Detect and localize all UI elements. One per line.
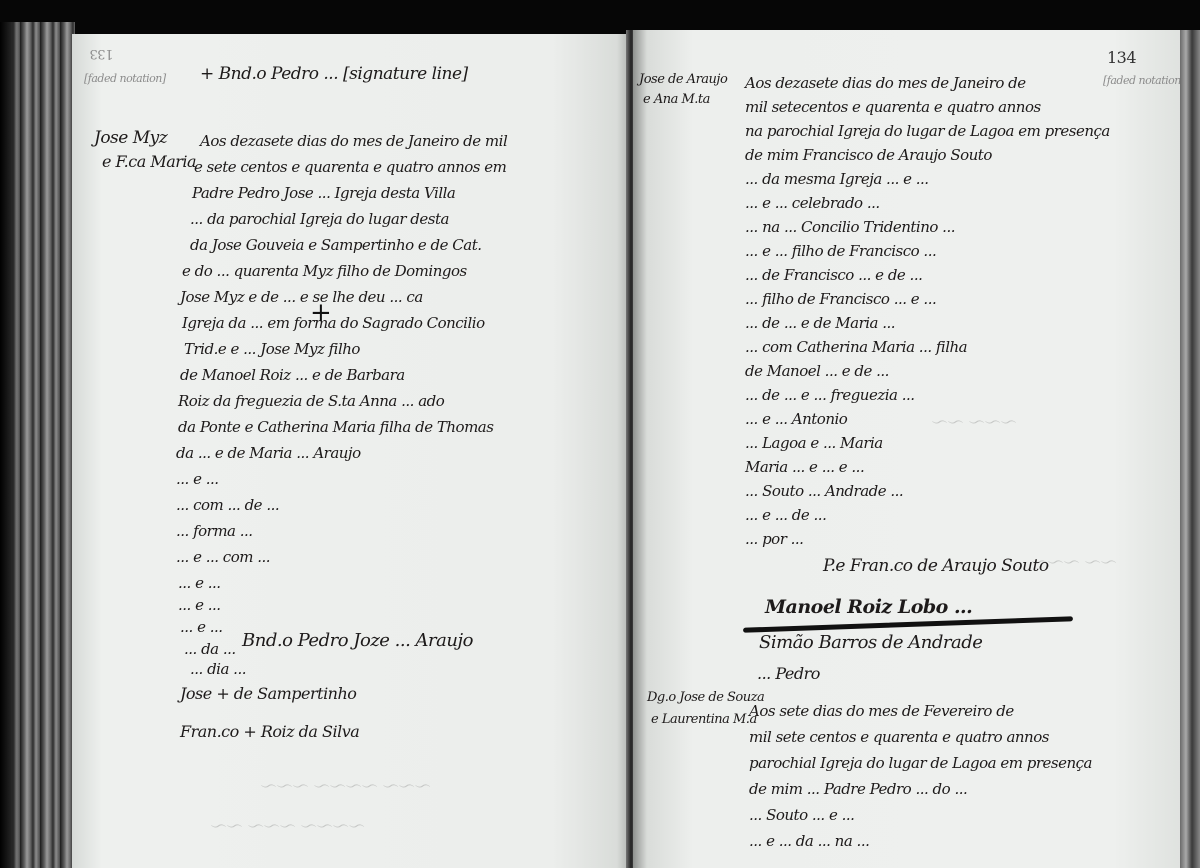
text-line: ... da ... (184, 640, 236, 658)
text-line: Aos sete dias do mes de Fevereiro de (749, 702, 1014, 720)
text-line: Trid.e e ... Jose Myz filho (184, 340, 360, 358)
text-line: Igreja da ... em forma do Sagrado Concil… (182, 314, 485, 332)
margin-note-line: Dg.o Jose de Souza (647, 690, 764, 705)
margin-note-line: e Laurentina M.a (651, 712, 757, 727)
signature-underline (743, 616, 1073, 633)
text-line: ... forma ... (176, 522, 253, 540)
book-right-edge (1180, 30, 1200, 868)
text-line: ... Souto ... Andrade ... (745, 482, 903, 500)
margin-note-line: e Ana M.ta (643, 92, 710, 107)
text-line: ... da mesma Igreja ... e ... (745, 170, 929, 188)
folio-number-left: 133 (90, 46, 113, 61)
text-line: ... com Catherina Maria ... filha (745, 338, 967, 356)
folio-annotation-left: [faded notation] (84, 72, 166, 85)
signature: Simão Barros de Andrade (759, 632, 982, 653)
text-line: e sete centos e quarenta e quatro annos … (194, 158, 506, 176)
text-line: ... de ... e de Maria ... (745, 314, 895, 332)
page-heading: + Bnd.o Pedro ... [signature line] (200, 64, 468, 84)
text-line: ... por ... (745, 530, 803, 548)
text-line: da Ponte e Catherina Maria filha de Thom… (178, 418, 493, 436)
text-line: ... e ... Antonio (745, 410, 847, 428)
text-line: parochial Igreja do lugar de Lagoa em pr… (749, 754, 1092, 772)
text-line: ... de Francisco ... e de ... (745, 266, 922, 284)
text-line: ... e ... (178, 574, 221, 592)
text-line: ... na ... Concilio Tridentino ... (745, 218, 955, 236)
text-line: ... e ... filho de Francisco ... (745, 242, 936, 260)
signature: ... Pedro (757, 664, 820, 683)
text-line: ... dia ... (190, 660, 246, 678)
text-line: e do ... quarenta Myz filho de Domingos (182, 262, 467, 280)
text-line: da ... e de Maria ... Araujo (176, 444, 361, 462)
text-line: mil sete centos e quarenta e quatro anno… (749, 728, 1049, 746)
signature: Manoel Roiz Lobo ... (765, 596, 972, 618)
text-line: Aos dezasete dias do mes de Janeiro de m… (200, 132, 507, 150)
text-line: ... de ... e ... freguezia ... (745, 386, 915, 404)
witness-mark: Jose + de Sampertinho (180, 684, 356, 703)
margin-note-line: Jose Myz (94, 128, 167, 148)
text-line: ... e ... (178, 596, 221, 614)
text-line: da Jose Gouveia e Sampertinho e de Cat. (190, 236, 482, 254)
folio-number-right: 134 (1107, 48, 1136, 67)
text-line: Jose Myz e de ... e se lhe deu ... ca (180, 288, 423, 306)
text-line: ... e ... celebrado ... (745, 194, 880, 212)
text-line: de Manoel Roiz ... e de Barbara (180, 366, 405, 384)
text-line: Roiz da freguezia de S.ta Anna ... ado (178, 392, 444, 410)
text-line: ... e ... (176, 470, 219, 488)
cross-mark: + (310, 298, 332, 328)
priest-signature: Bnd.o Pedro Joze ... Araujo (242, 630, 473, 651)
scan-background (0, 0, 1200, 34)
text-line: Aos dezasete dias do mes de Janeiro de (745, 74, 1026, 92)
right-page: 134 [faded notation] Jose de Araujo e An… (633, 30, 1181, 868)
book-page-edges (0, 22, 75, 868)
text-line: ... da parochial Igreja do lugar desta (190, 210, 449, 228)
text-line: de mim Francisco de Araujo Souto (745, 146, 992, 164)
ink-bleed-through: ～～ ～～～ (1033, 550, 1118, 573)
text-line: ... Souto ... e ... (749, 806, 854, 824)
signature: P.e Fran.co de Araujo Souto (823, 556, 1049, 576)
text-line: na parochial Igreja do lugar de Lagoa em… (745, 122, 1110, 140)
left-page: 133 [faded notation] + Bnd.o Pedro ... [… (72, 34, 632, 868)
margin-note-line: e F.ca Maria (102, 152, 196, 171)
ink-bleed-through: ～～～～ ～～～ ～～ (212, 814, 366, 837)
text-line: Padre Pedro Jose ... Igreja desta Villa (192, 184, 455, 202)
text-line: de mim ... Padre Pedro ... do ... (749, 780, 967, 798)
text-line: de Manoel ... e de ... (745, 362, 889, 380)
text-line: ... e ... de ... (745, 506, 826, 524)
text-line: ... filho de Francisco ... e ... (745, 290, 936, 308)
margin-note-line: Jose de Araujo (639, 72, 727, 87)
text-line: Maria ... e ... e ... (745, 458, 864, 476)
text-line: ... Lagoa e ... Maria (745, 434, 883, 452)
text-line: ... e ... (180, 618, 223, 636)
folio-annotation-right: [faded notation] (1103, 74, 1185, 87)
text-line: ... e ... com ... (176, 548, 270, 566)
ink-bleed-through: ～～～ ～～ (933, 410, 1018, 433)
text-line: mil setecentos e quarenta e quatro annos (745, 98, 1041, 116)
witness-mark: Fran.co + Roiz da Silva (180, 722, 359, 741)
text-line: ... com ... de ... (176, 496, 279, 514)
ink-bleed-through: ～～～ ～～～～ ～～～ (262, 774, 432, 797)
text-line: ... e ... da ... na ... (749, 832, 869, 850)
